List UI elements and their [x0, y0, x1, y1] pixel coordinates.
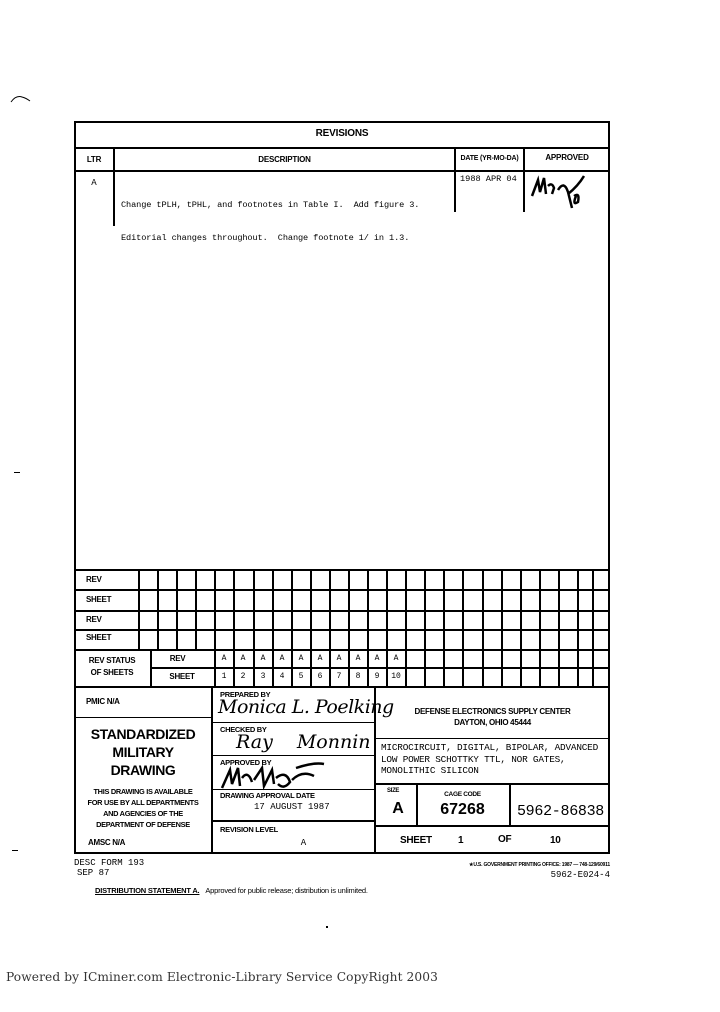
pmic-label: PMIC N/A [86, 697, 120, 706]
status-rev-cell: A [291, 654, 311, 663]
revision-date: 1988 APR 04 [460, 174, 517, 184]
scan-mark [326, 926, 328, 928]
grid-col-line [138, 569, 140, 649]
availability-line: FOR USE BY ALL DEPARTMENTS [74, 797, 212, 808]
availability-line: DEPARTMENT OF DEFENSE [74, 819, 212, 830]
grid-label-sheet: SHEET [86, 633, 111, 642]
grid-col-line [501, 569, 503, 649]
gpo-imprint: ★U.S. GOVERNMENT PRINTING OFFICE: 1987 —… [400, 862, 610, 868]
drawing-title-line: MONOLITHIC SILICON [381, 765, 598, 777]
drawing-title: MICROCIRCUIT, DIGITAL, BIPOLAR, ADVANCED… [381, 742, 598, 777]
grid-col-line [462, 569, 464, 649]
availability-line: AND AGENCIES OF THE [74, 808, 212, 819]
grid-row-line [74, 667, 610, 669]
grid-col-line [482, 569, 484, 649]
divider [375, 783, 610, 785]
col-header-ltr: LTR [74, 155, 114, 164]
status-rev-cell: A [367, 654, 387, 663]
drawing-title-line: MICROCIRCUIT, DIGITAL, BIPOLAR, ADVANCED [381, 742, 598, 754]
grid-col-line [176, 569, 178, 649]
standardized-military-drawing-title: STANDARDIZED MILITARY DRAWING [74, 725, 212, 779]
availability-line: THIS DRAWING IS AVAILABLE [74, 786, 212, 797]
size-label: SIZE [387, 788, 399, 794]
cage-code: 67268 [416, 801, 509, 819]
sm-drawing-line: STANDARDIZED [74, 725, 212, 743]
col-header-approved: APPROVED [524, 153, 610, 162]
grid-col-line [386, 569, 388, 649]
status-sheet-cell: 10 [386, 672, 406, 681]
drawing-title-line: LOW POWER SCHOTTKY TTL, NOR GATES, [381, 754, 598, 766]
divider [212, 820, 375, 822]
grid-col-line [520, 569, 522, 649]
grid-row-line [74, 629, 610, 631]
revision-description: Change tPLH, tPHL, and footnotes in Tabl… [121, 178, 419, 255]
status-sheet-cell: 9 [367, 672, 387, 681]
of-label: OF [498, 834, 511, 845]
status-sheet-cell: 2 [233, 672, 253, 681]
revision-description-line: Editorial changes throughout. Change foo… [121, 233, 419, 244]
status-sheet-label: SHEET [150, 672, 214, 681]
grid-label-sheet: SHEET [86, 595, 111, 604]
cage-code-label: CAGE CODE [416, 791, 509, 798]
divider [375, 738, 610, 739]
revision-letter: A [74, 178, 114, 188]
grid-col-line [367, 569, 369, 649]
grid-col-line [348, 569, 350, 649]
scan-mark [12, 850, 18, 851]
divider [212, 789, 375, 790]
divider [74, 686, 610, 688]
grid-row-line [74, 649, 610, 651]
grid-col-line [424, 649, 426, 686]
grid-col-line [592, 649, 594, 686]
grid-col-line [577, 569, 579, 649]
col-header-description: DESCRIPTION [114, 155, 455, 164]
divider [212, 755, 375, 756]
revisions-title: REVISIONS [74, 128, 610, 139]
revision-level-label: REVISION LEVEL [220, 825, 278, 834]
divider [523, 148, 525, 212]
grid-col-line [539, 649, 541, 686]
status-rev-cell: A [233, 654, 253, 663]
col-header-date: DATE (YR-MO-DA) [455, 155, 524, 162]
approval-date-label: DRAWING APPROVAL DATE [220, 791, 315, 800]
grid-row-line [74, 589, 610, 591]
grid-col-line [592, 569, 594, 649]
amsc-label: AMSC N/A [88, 838, 125, 847]
status-sheet-cell: 3 [253, 672, 273, 681]
sm-drawing-line: DRAWING [74, 761, 212, 779]
distribution-text: Approved for public release; distributio… [205, 886, 367, 895]
size-value: A [380, 800, 416, 818]
grid-col-line [424, 569, 426, 649]
revision-level: A [212, 838, 395, 848]
sheet-label: SHEET [400, 835, 432, 846]
divider [454, 148, 456, 212]
rev-status-label-line: OF SHEETS [74, 667, 150, 679]
status-rev-cell: A [310, 654, 330, 663]
grid-col-line [310, 569, 312, 649]
status-sheet-cell: 6 [310, 672, 330, 681]
status-sheet-cell: 5 [291, 672, 311, 681]
grid-row-line [74, 569, 610, 571]
rev-status-label: REV STATUS OF SHEETS [74, 655, 150, 679]
grid-col-line [214, 569, 216, 649]
watermark: Powered by ICminer.com Electronic-Librar… [6, 970, 438, 984]
status-rev-cell: A [272, 654, 292, 663]
grid-col-line [501, 649, 503, 686]
grid-col-line [558, 649, 560, 686]
divider [74, 717, 212, 718]
divider [74, 147, 610, 149]
status-rev-cell: A [214, 654, 234, 663]
form-number: DESC FORM 193 [74, 858, 144, 868]
scan-mark [8, 92, 32, 104]
scan-mark [14, 472, 20, 473]
prepared-by-signature: Monica L. Poelking [218, 696, 394, 718]
approver-signature [528, 172, 590, 212]
revision-description-line: Change tPLH, tPHL, and footnotes in Tabl… [121, 200, 419, 211]
status-sheet-cell: 7 [329, 672, 349, 681]
grid-col-line [462, 649, 464, 686]
status-sheet-cell: 8 [348, 672, 368, 681]
grid-col-line [539, 569, 541, 649]
rev-status-label-line: REV STATUS [74, 655, 150, 667]
grid-col-line [443, 569, 445, 649]
grid-col-line [157, 569, 159, 649]
grid-col-line [577, 649, 579, 686]
status-sheet-cell: 4 [272, 672, 292, 681]
drawing-number: 5962-86838 [511, 803, 610, 820]
sheet-total: 10 [550, 835, 561, 846]
grid-col-line [253, 569, 255, 649]
sheet-number: 1 [458, 835, 463, 846]
approved-by-signature [218, 760, 328, 792]
grid-label-rev: REV [86, 575, 102, 584]
form-date: SEP 87 [74, 868, 144, 878]
status-sheet-cell: 1 [214, 672, 234, 681]
agency-name: DEFENSE ELECTRONICS SUPPLY CENTER [375, 706, 610, 717]
agency-address: DAYTON, OHIO 45444 [375, 717, 610, 728]
grid-col-line [329, 569, 331, 649]
grid-col-line [558, 569, 560, 649]
grid-col-line [195, 569, 197, 649]
grid-label-rev: REV [86, 615, 102, 624]
status-rev-label: REV [150, 654, 205, 663]
grid-col-line [272, 569, 274, 649]
form-id: DESC FORM 193 SEP 87 [74, 858, 144, 878]
availability-note: THIS DRAWING IS AVAILABLE FOR USE BY ALL… [74, 786, 212, 830]
divider [375, 825, 610, 827]
form-code: 5962-E024-4 [500, 870, 610, 880]
divider [212, 722, 375, 723]
approval-date: 17 AUGUST 1987 [254, 802, 330, 812]
status-rev-cell: A [329, 654, 349, 663]
grid-col-line [233, 569, 235, 649]
sm-drawing-line: MILITARY [74, 743, 212, 761]
grid-col-line [443, 649, 445, 686]
checked-by-signature: Ray Monnin [236, 731, 371, 753]
distribution-label: DISTRIBUTION STATEMENT A. [95, 886, 199, 895]
status-rev-cell: A [253, 654, 273, 663]
grid-col-line [520, 649, 522, 686]
distribution-statement: DISTRIBUTION STATEMENT A. Approved for p… [95, 886, 368, 895]
grid-col-line [405, 569, 407, 649]
agency-block: DEFENSE ELECTRONICS SUPPLY CENTER DAYTON… [375, 706, 610, 728]
grid-row-line [74, 610, 610, 612]
grid-col-line [291, 569, 293, 649]
status-rev-cell: A [348, 654, 368, 663]
grid-col-line [482, 649, 484, 686]
status-rev-cell: A [386, 654, 406, 663]
